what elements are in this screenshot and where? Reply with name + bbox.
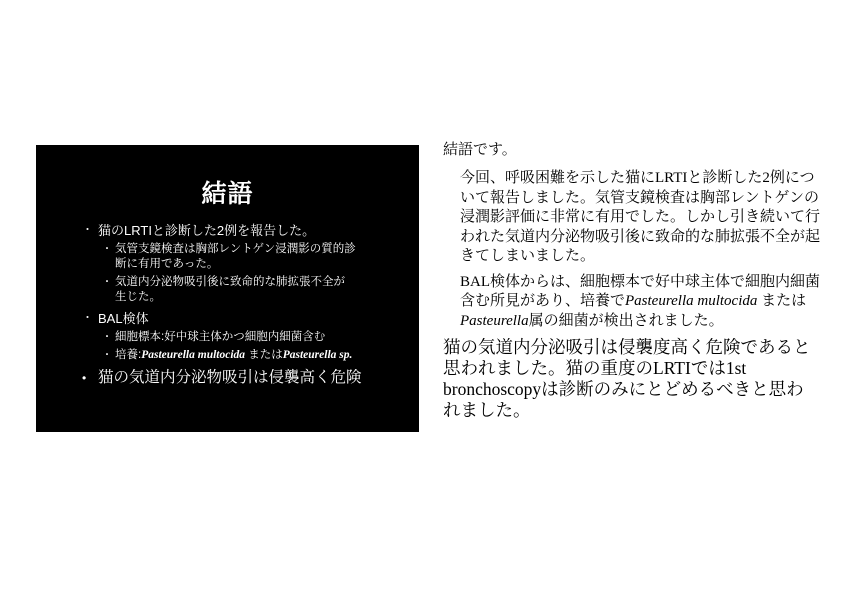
slide-bullet-item: ・猫のLRTIと診断した2例を報告した。: [36, 222, 405, 239]
bullet-marker-icon: ・: [82, 222, 98, 239]
text-segment: 猫の気道内分泌物吸引は侵襲高く危険: [98, 369, 362, 386]
bullet-text: BAL検体: [98, 310, 405, 327]
notes-paragraph: BAL検体からは、細胞標本で好中球主体で細胞内細菌含む所見があり、培養でPast…: [460, 273, 821, 332]
bullet-text: 猫のLRTIと診断した2例を報告した。: [98, 222, 405, 239]
bullet-text: 気道内分泌物吸引後に致命的な肺拡張不全が 生じた。: [115, 275, 405, 305]
text-segment: Pasteurella multocida: [625, 293, 757, 309]
text-segment: 気管支鏡検査は胸部レントゲン浸潤影の質的診 断に有用であった。: [115, 243, 356, 270]
notes-page: 結語 ・猫のLRTIと診断した2例を報告した。・気管支鏡検査は胸部レントゲン浸潤…: [0, 0, 842, 595]
notes-heading: 結語です。: [443, 141, 821, 160]
bullet-marker-icon: ・: [102, 330, 115, 345]
bullet-marker-icon: ・: [82, 310, 98, 327]
text-segment: 培養:: [115, 349, 141, 361]
text-segment: 細胞標本:好中球主体かつ細胞内細菌含む: [115, 331, 325, 343]
text-segment: または: [245, 349, 283, 361]
slide-bullet-item: ・BAL検体: [36, 310, 405, 327]
text-segment: BAL検体: [98, 311, 149, 326]
bullet-text: 気管支鏡検査は胸部レントゲン浸潤影の質的診 断に有用であった。: [115, 242, 405, 272]
speaker-notes-panel: 結語です。 今回、呼吸困難を示した猫にLRTIと診断した2例について報告しました…: [443, 141, 821, 421]
text-segment: Pasteurella multocida: [141, 349, 245, 361]
text-segment: 今回、呼吸困難を示した猫にLRTIと診断した2例について報告しました。気管支鏡検…: [460, 170, 820, 264]
text-segment: 属の細菌が検出されました。: [529, 313, 724, 329]
text-segment: 気道内分泌物吸引後に致命的な肺拡張不全が 生じた。: [115, 276, 345, 303]
text-segment: 猫のLRTIと診断した2例を報告した。: [98, 223, 315, 238]
slide-bullet-list: ・猫のLRTIと診断した2例を報告した。・気管支鏡検査は胸部レントゲン浸潤影の質…: [36, 222, 419, 388]
slide-bullet-item: ・細胞標本:好中球主体かつ細胞内細菌含む: [36, 330, 405, 345]
slide-title: 結語: [36, 180, 419, 208]
bullet-marker-icon: ・: [102, 348, 115, 363]
bullet-marker-icon: ・: [102, 242, 115, 257]
bullet-marker-icon: ・: [102, 275, 115, 290]
slide-bullet-item: •猫の気道内分泌物吸引は侵襲高く危険: [36, 368, 405, 388]
text-segment: Pasteurella sp.: [283, 349, 353, 361]
bullet-text: 猫の気道内分泌物吸引は侵襲高く危険: [98, 368, 405, 388]
slide-bullet-item: ・気道内分泌物吸引後に致命的な肺拡張不全が 生じた。: [36, 275, 405, 305]
bullet-text: 培養:Pasteurella multocida またはPasteurella …: [115, 348, 405, 363]
notes-paragraph: 猫の気道内分泌吸引は侵襲度高く危険であると思われました。猫の重度のLRTIでは1…: [443, 337, 821, 421]
notes-paragraph-list: 今回、呼吸困難を示した猫にLRTIと診断した2例について報告しました。気管支鏡検…: [443, 169, 821, 421]
bullet-text: 細胞標本:好中球主体かつ細胞内細菌含む: [115, 330, 405, 345]
slide-bullet-item: ・気管支鏡検査は胸部レントゲン浸潤影の質的診 断に有用であった。: [36, 242, 405, 272]
text-segment: 猫の気道内分泌吸引は侵襲度高く危険であると思われました。猫の重度のLRTIでは1…: [443, 337, 811, 420]
slide-bullet-item: ・培養:Pasteurella multocida またはPasteurella…: [36, 348, 405, 363]
notes-paragraph: 今回、呼吸困難を示した猫にLRTIと診断した2例について報告しました。気管支鏡検…: [460, 169, 821, 267]
text-segment: Pasteurella: [460, 313, 529, 329]
presentation-slide: 結語 ・猫のLRTIと診断した2例を報告した。・気管支鏡検査は胸部レントゲン浸潤…: [36, 145, 419, 432]
text-segment: または: [757, 293, 806, 309]
bullet-marker-icon: •: [82, 368, 98, 388]
